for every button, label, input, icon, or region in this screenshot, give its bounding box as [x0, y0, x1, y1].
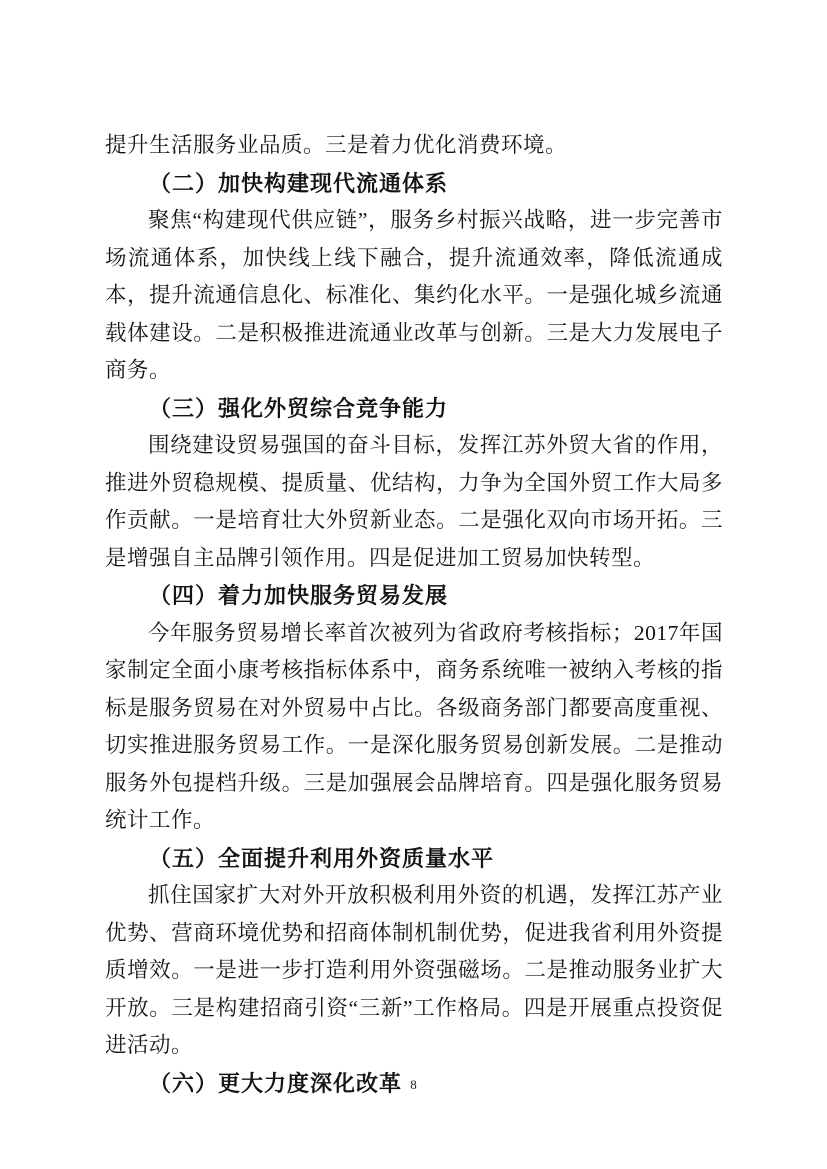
page-number: 8 — [410, 1077, 417, 1092]
section-heading: （三）强化外贸综合竞争能力 — [105, 390, 723, 428]
document-body: 提升生活服务业品质。三是着力优化消费环境。（二）加快构建现代流通体系聚焦“构建现… — [105, 127, 723, 1102]
section-heading: （二）加快构建现代流通体系 — [105, 165, 723, 203]
section-heading: （五）全面提升利用外资质量水平 — [105, 840, 723, 878]
page-footer: 8 — [0, 1077, 827, 1093]
paragraph-continuation: 提升生活服务业品质。三是着力优化消费环境。 — [105, 127, 723, 165]
body-paragraph: 聚焦“构建现代供应链”，服务乡村振兴战略，进一步完善市场流通体系，加快线上线下融… — [105, 202, 723, 390]
body-paragraph: 围绕建设贸易强国的奋斗目标，发挥江苏外贸大省的作用，推进外贸稳规模、提质量、优结… — [105, 427, 723, 577]
body-paragraph: 抓住国家扩大对外开放积极利用外资的机遇，发挥江苏产业优势、营商环境优势和招商体制… — [105, 877, 723, 1065]
section-heading: （四）着力加快服务贸易发展 — [105, 577, 723, 615]
body-paragraph: 今年服务贸易增长率首次被列为省政府考核指标；2017年国家制定全面小康考核指标体… — [105, 615, 723, 840]
document-page: 提升生活服务业品质。三是着力优化消费环境。（二）加快构建现代流通体系聚焦“构建现… — [0, 0, 827, 1169]
